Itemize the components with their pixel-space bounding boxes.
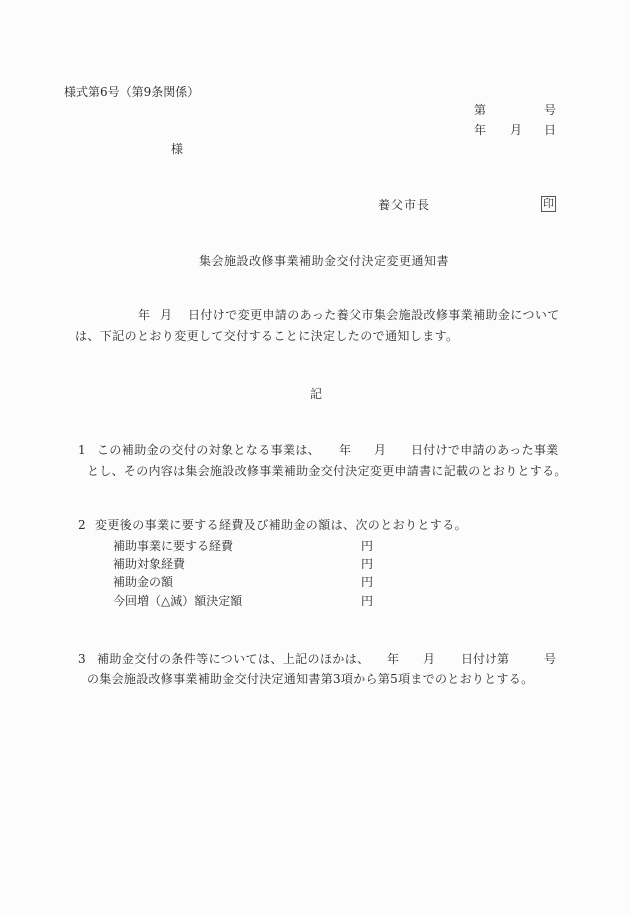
item-3-month: 月 bbox=[423, 653, 435, 665]
cost-row-unit: 円 bbox=[361, 576, 373, 588]
cost-row-label: 補助事業に要する経費 bbox=[113, 540, 233, 552]
item-2-line1: 変更後の事業に要する経費及び補助金の額は、次のとおりとする。 bbox=[95, 519, 467, 531]
intro-line2: は、下記のとおり変更して交付することに決定したので通知します。 bbox=[75, 330, 458, 342]
date-month: 月 bbox=[510, 124, 522, 136]
document-number-suffix: 号 bbox=[544, 104, 556, 116]
intro-month: 月 bbox=[160, 309, 172, 321]
intro-line1: 日付けで変更申請のあった養父市集会施設改修事業補助金について bbox=[188, 309, 560, 321]
cost-row-label: 今回増（△減）額決定額 bbox=[113, 595, 242, 607]
item-2-number: 2 bbox=[78, 519, 86, 531]
cost-row-unit: 円 bbox=[361, 558, 373, 570]
item-3-line2: の集会施設改修事業補助金交付決定通知書第3項から第5項までのとおりとする。 bbox=[87, 673, 533, 685]
item-1-line2: とし、その内容は集会施設改修事業補助金交付決定変更申請書に記載のとおりとする。 bbox=[87, 465, 567, 477]
item-1-line1-a: この補助金の交付の対象となる事業は、 bbox=[97, 444, 320, 456]
addressee-suffix: 様 bbox=[171, 143, 183, 155]
item-3-year: 年 bbox=[387, 653, 399, 665]
document-title: 集会施設改修事業補助金交付決定変更通知書 bbox=[199, 255, 449, 267]
item-1-year: 年 bbox=[339, 444, 351, 456]
date-day: 日 bbox=[544, 124, 556, 136]
document-number-prefix: 第 bbox=[474, 104, 486, 116]
cost-row-unit: 円 bbox=[361, 540, 373, 552]
seal-icon: 印 bbox=[541, 196, 556, 212]
cost-row-unit: 円 bbox=[361, 595, 373, 607]
item-3-line1-a: 補助金交付の条件等については、上記のほかは、 bbox=[97, 653, 370, 665]
ki-heading: 記 bbox=[310, 388, 322, 400]
form-number: 様式第6号（第9条関係） bbox=[64, 86, 199, 98]
cost-row-label: 補助対象経費 bbox=[113, 558, 185, 570]
intro-year: 年 bbox=[138, 309, 150, 321]
cost-row-label: 補助金の額 bbox=[113, 576, 173, 588]
item-3-number: 3 bbox=[78, 653, 86, 665]
item-1-number: 1 bbox=[78, 444, 86, 456]
date-year: 年 bbox=[474, 124, 486, 136]
item-3-line1-b: 日付け第 bbox=[461, 653, 509, 665]
item-1-line1-b: 日付けで申請のあった事業 bbox=[411, 444, 558, 456]
item-3-line1-c: 号 bbox=[544, 653, 556, 665]
item-1-month: 月 bbox=[374, 444, 386, 456]
issuer-name: 養父市長 bbox=[378, 199, 430, 211]
seal-mark: 印 bbox=[541, 196, 556, 212]
